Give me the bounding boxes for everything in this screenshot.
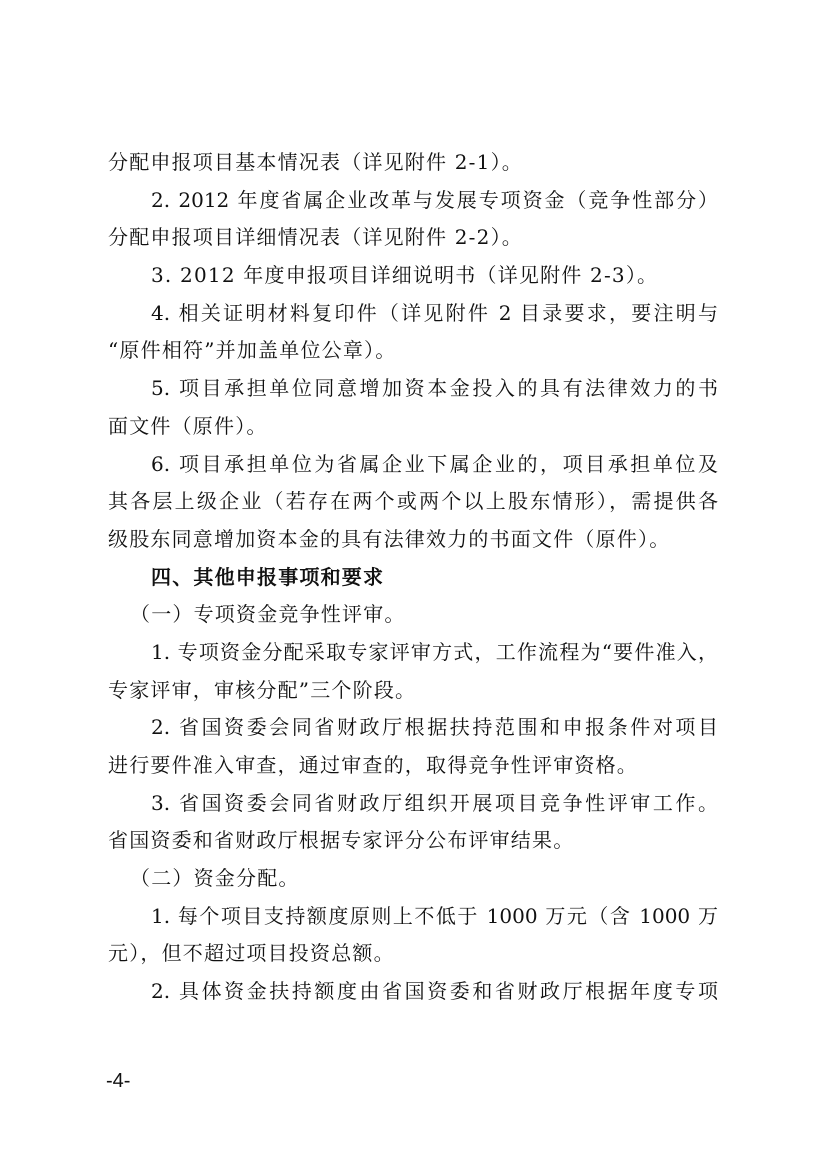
list-item-1: 1. 每个项目支持额度原则上不低于 1000 万元（含 1000 万 bbox=[108, 898, 718, 936]
section-heading: 四、其他申报事项和要求 bbox=[108, 559, 718, 597]
document-page: 分配申报项目基本情况表（详见附件 2-1）。 2. 2012 年度省属企业改革与… bbox=[108, 144, 718, 1011]
text-line: 其各层上级企业（若存在两个或两个以上股东情形），需提供各 bbox=[108, 483, 718, 521]
list-item-1: 1. 专项资金分配采取专家评审方式，工作流程为“要件准入， bbox=[108, 634, 718, 672]
list-item-3: 3. 省国资委会同省财政厅组织开展项目竞争性评审工作。 bbox=[108, 785, 718, 823]
text-line: 级股东同意增加资本金的具有法律效力的书面文件（原件）。 bbox=[108, 521, 718, 559]
list-item-4: 4. 相关证明材料复印件（详见附件 2 目录要求，要注明与 bbox=[108, 295, 718, 333]
list-item-2: 2. 省国资委会同省财政厅根据扶持范围和申报条件对项目 bbox=[108, 709, 718, 747]
subsection-heading: （一）专项资金竞争性评审。 bbox=[108, 596, 718, 634]
text-line: 分配申报项目详细情况表（详见附件 2-2）。 bbox=[108, 219, 718, 257]
text-line: 省国资委和省财政厅根据专家评分公布评审结果。 bbox=[108, 822, 718, 860]
text-line: 元），但不超过项目投资总额。 bbox=[108, 935, 718, 973]
list-item-6: 6. 项目承担单位为省属企业下属企业的，项目承担单位及 bbox=[108, 446, 718, 484]
text-line: 专家评审，审核分配”三个阶段。 bbox=[108, 672, 718, 710]
text-line: 面文件（原件）。 bbox=[108, 408, 718, 446]
list-item-5: 5. 项目承担单位同意增加资本金投入的具有法律效力的书 bbox=[108, 370, 718, 408]
subsection-heading: （二）资金分配。 bbox=[108, 860, 718, 898]
list-item-2: 2. 具体资金扶持额度由省国资委和省财政厅根据年度专项 bbox=[108, 973, 718, 1011]
list-item-2: 2. 2012 年度省属企业改革与发展专项资金（竞争性部分） bbox=[108, 182, 718, 220]
text-line: “原件相符”并加盖单位公章）。 bbox=[108, 332, 718, 370]
text-line: 进行要件准入审查，通过审查的，取得竞争性评审资格。 bbox=[108, 747, 718, 785]
text-line: 分配申报项目基本情况表（详见附件 2-1）。 bbox=[108, 144, 718, 182]
list-item-3: 3. 2012 年度申报项目详细说明书（详见附件 2-3）。 bbox=[108, 257, 718, 295]
page-number: -4- bbox=[106, 1070, 130, 1093]
